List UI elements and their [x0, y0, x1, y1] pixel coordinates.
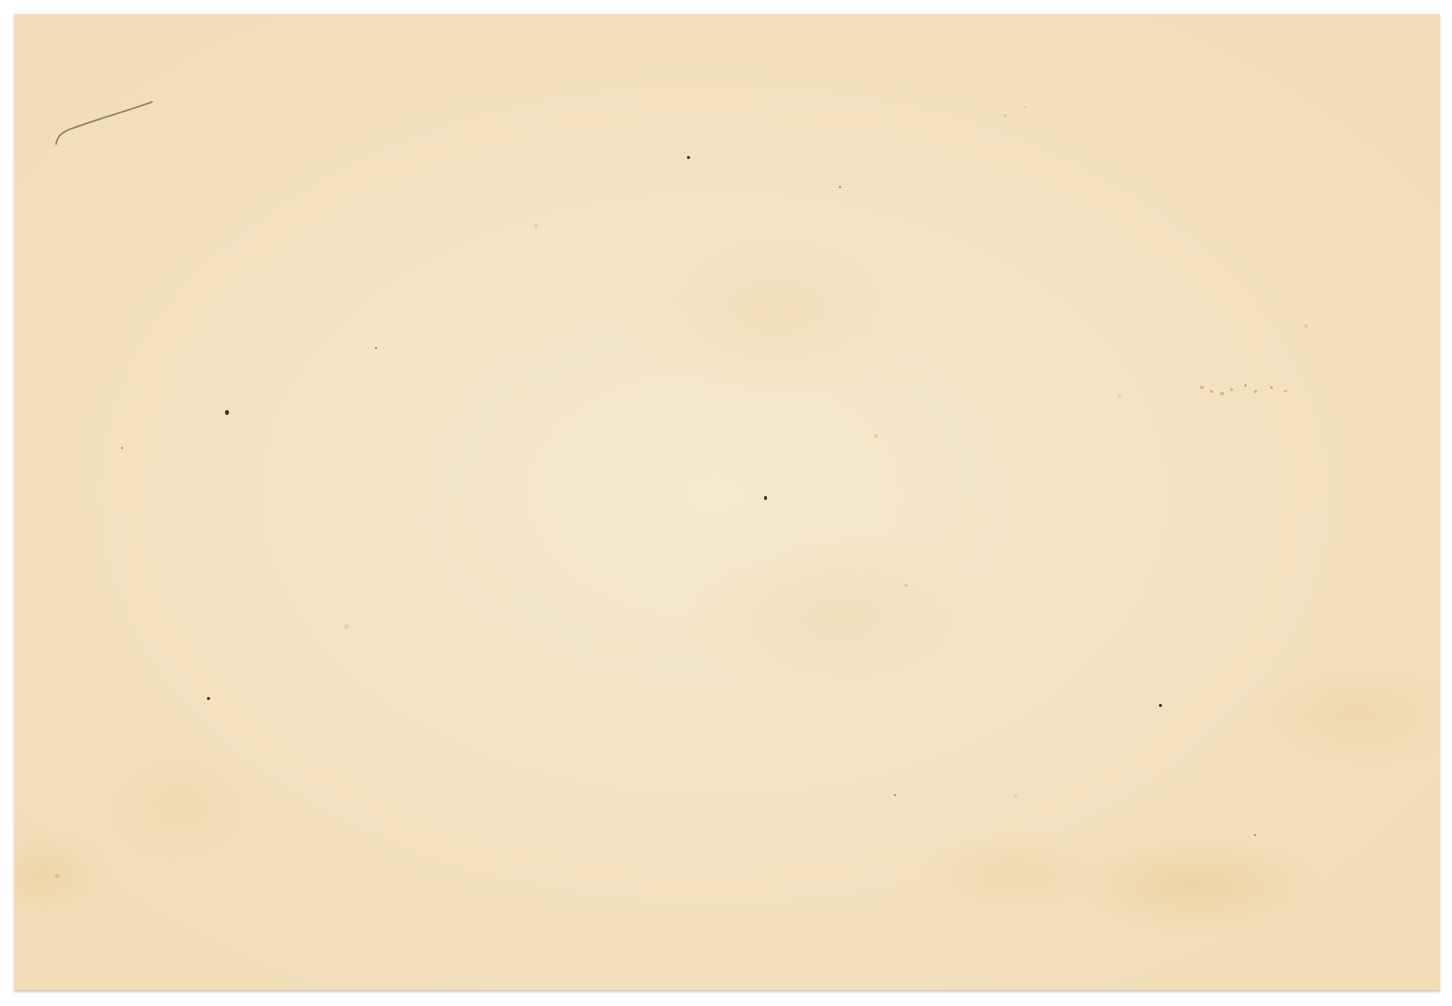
- scene: [0, 0, 1452, 1006]
- ink-dot: [225, 410, 229, 415]
- foxing-spot: [1244, 384, 1247, 387]
- foxing-spot: [1014, 794, 1017, 797]
- ink-dot: [839, 186, 841, 188]
- aged-paper-sheet: [14, 14, 1440, 990]
- foxing-spot: [1200, 386, 1204, 389]
- ink-dot: [894, 794, 896, 796]
- ink-dot: [687, 156, 690, 159]
- ink-dot: [375, 347, 377, 349]
- foxing-spot: [534, 224, 538, 228]
- foxing-spot: [904, 584, 908, 587]
- foxing-spot: [1004, 114, 1007, 117]
- ink-dot: [207, 697, 210, 700]
- foxing-spot: [1024, 106, 1026, 108]
- foxing-spot: [1304, 324, 1308, 328]
- foxing-spot: [874, 434, 878, 438]
- foxing-spot: [1230, 388, 1233, 391]
- foxing-spot: [1118, 394, 1121, 397]
- foxing-spot: [1270, 386, 1273, 389]
- ink-dot: [764, 496, 767, 500]
- foxing-spot: [344, 624, 349, 629]
- foxing-spot: [1220, 392, 1224, 395]
- foxing-spot: [1284, 390, 1287, 392]
- pencil-mark-icon: [54, 100, 154, 150]
- ink-dot: [1159, 704, 1162, 707]
- ink-dot: [121, 447, 123, 449]
- foxing-spot: [1254, 390, 1257, 393]
- foxing-spot: [54, 874, 60, 878]
- foxing-spot: [1210, 390, 1213, 393]
- ink-dot: [1254, 834, 1256, 836]
